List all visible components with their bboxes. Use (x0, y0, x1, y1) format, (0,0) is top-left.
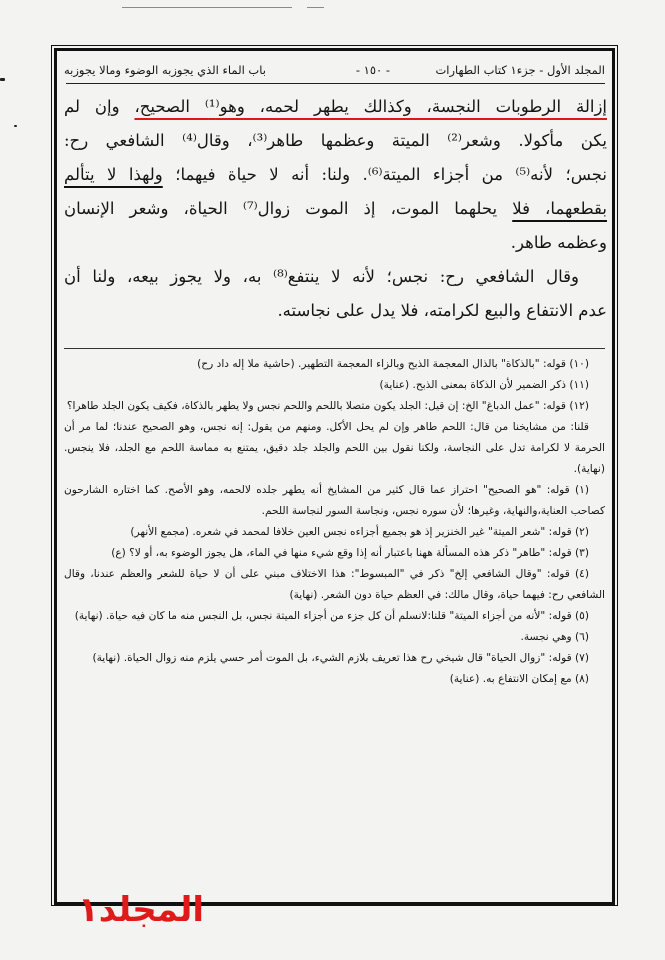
main-line-6: وقال الشافعي رح: نجس؛ لأنه لا ينتفع⁽⁸⁾ ب… (64, 260, 607, 294)
footnote-2: (٢) قوله: "شعر الميتة" غير الخنزير إذ هو… (64, 522, 605, 543)
footnotes: (١٠) قوله: "بالذكاة" بالذال المعجمة الذب… (64, 354, 605, 690)
footnote-3: (٣) قوله: "طاهر" ذكر هذه المسألة ههنا با… (64, 543, 605, 564)
book-page: المجلد الأول - جزء١ كتاب الطهارات - ١٥٠ … (60, 54, 609, 899)
margin-mark (0, 78, 5, 81)
footnote-1: (١) قوله: "هو الصحيح" احتراز عما قال كثي… (64, 480, 605, 522)
header-page-number: - ١٥٠ - (356, 59, 390, 81)
footnote-4: (٤) قوله: "وقال الشافعي إلخ" ذكر في "الم… (64, 564, 605, 606)
main-line-1: إزالة الرطوبات النجسة، وكذالك يطهر لحمه،… (64, 90, 607, 124)
main-line-3: نجس؛ لأنه⁽⁵⁾ من أجزاء الميتة⁽⁶⁾. ولنا: أ… (64, 158, 607, 192)
margin-mark-small (14, 125, 17, 127)
header-volume: المجلد الأول - جزء١ كتاب الطهارات (435, 59, 605, 81)
main-line-5: وعظمه طاهر. (64, 226, 607, 260)
header-chapter: باب الماء الذي يجوزبه الوضوء ومالا يجوزب… (64, 59, 266, 81)
footnote-7: (٧) قوله: "زوال الحياة" قال شيخي رح هذا … (64, 648, 605, 669)
footnote-6: (٦) وهي نجسة. (64, 627, 605, 648)
scan-top-line-short (307, 7, 324, 8)
red-underlined-phrase: إزالة الرطوبات النجسة، وكذالك يطهر لحمه،… (134, 97, 607, 116)
footnote-separator (64, 348, 605, 349)
footnote-8: (٨) مع إمكان الانتفاع به. (عناية) (64, 669, 605, 690)
main-line-7: عدم الانتفاع والبيع لكرامته، فلا يدل على… (64, 294, 607, 328)
footnote-12-cont: قلنا: من مشايخنا من قال: اللحم طاهر وإن … (64, 417, 605, 480)
main-text: إزالة الرطوبات النجسة، وكذالك يطهر لحمه،… (64, 90, 607, 328)
footnote-12: (١٢) قوله: "عمل الدباغ" الخ: إن قيل: الج… (64, 396, 605, 417)
underlined-phrase: بقطعهما، فلا (512, 199, 607, 218)
footnote-10: (١٠) قوله: "بالذكاة" بالذال المعجمة الذب… (64, 354, 605, 375)
footnote-5: (٥) قوله: "لأنه من أجزاء الميتة" قلنا:لا… (64, 606, 605, 627)
header-divider (66, 83, 605, 84)
main-line-2: يكن مأكولا. وشعر⁽²⁾ الميتة وعظمها طاهر⁽³… (64, 124, 607, 158)
volume-stamp: المجلد١ (78, 890, 204, 930)
underlined-phrase: ولهذا لا يتألم (64, 165, 163, 184)
scan-top-line (122, 7, 292, 8)
main-line-4: بقطعهما، فلا يحلهما الموت، إذ الموت زوال… (64, 192, 607, 226)
footnote-11: (١١) ذكر الضمير لأن الذكاة بمعنى الذبح. … (64, 375, 605, 396)
running-header: المجلد الأول - جزء١ كتاب الطهارات - ١٥٠ … (64, 59, 605, 81)
